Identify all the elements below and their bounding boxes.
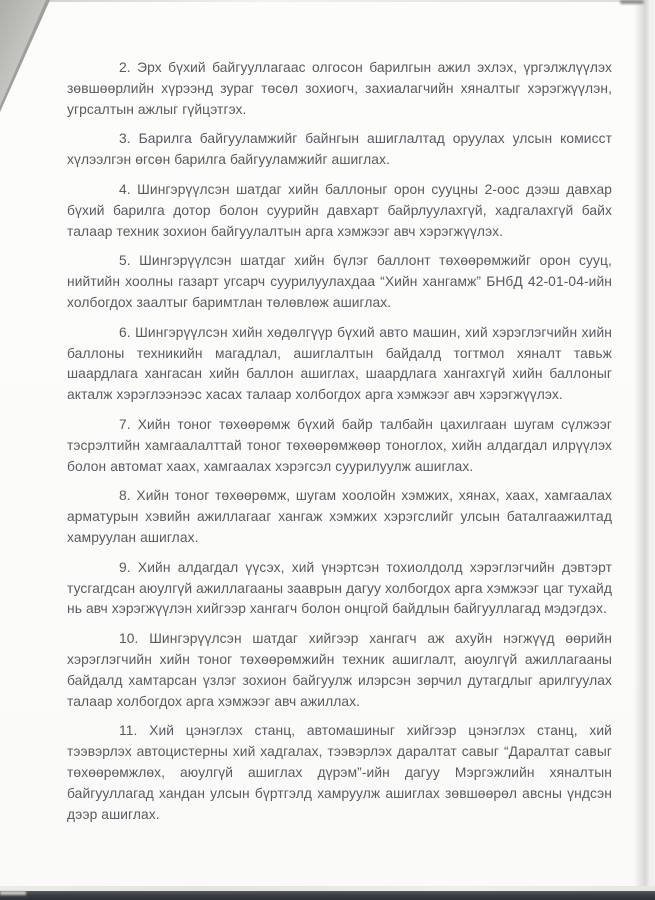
- paragraph: 5. Шингэрүүлсэн шатдаг хийн бүлэг баллон…: [67, 251, 612, 313]
- scan-edge-bottom-notch: [0, 891, 26, 895]
- scanned-document-page: 2. Эрх бүхий байгууллагаас олгосон барил…: [0, 0, 655, 900]
- scan-edge-right: [634, 0, 649, 890]
- paragraph: 7. Хийн тоног төхөөрөмж бүхий байр талба…: [67, 415, 612, 477]
- paragraph: 8. Хийн тоног төхөөрөмж, шугам хоолойн х…: [67, 486, 612, 548]
- paragraph: 9. Хийн алдагдал үүсэх, хий үнэртсэн тох…: [67, 558, 612, 620]
- paragraph: 3. Барилга байгууламжийг байнгын ашиглал…: [67, 129, 612, 171]
- paragraph: 10. Шингэрүүлсэн шатдаг хийгээр хангагч …: [67, 629, 612, 712]
- paragraph: 2. Эрх бүхий байгууллагаас олгосон барил…: [67, 58, 612, 120]
- paragraph: 11. Хий цэнэглэх станц, автомашиныг хийг…: [67, 721, 612, 825]
- paragraph: 4. Шингэрүүлсэн шатдаг хийн баллоныг оро…: [67, 180, 612, 242]
- scan-edge-bottom: [0, 891, 655, 900]
- document-body: 2. Эрх бүхий байгууллагаас олгосон барил…: [67, 58, 612, 834]
- scan-edge-far-right: [649, 0, 655, 900]
- scan-smudge-top: [620, 0, 644, 4]
- scan-edge-top: [0, 0, 655, 2]
- paragraph: 6. Шингэрүүлсэн хийн хөдөлгүүр бүхий авт…: [67, 323, 612, 406]
